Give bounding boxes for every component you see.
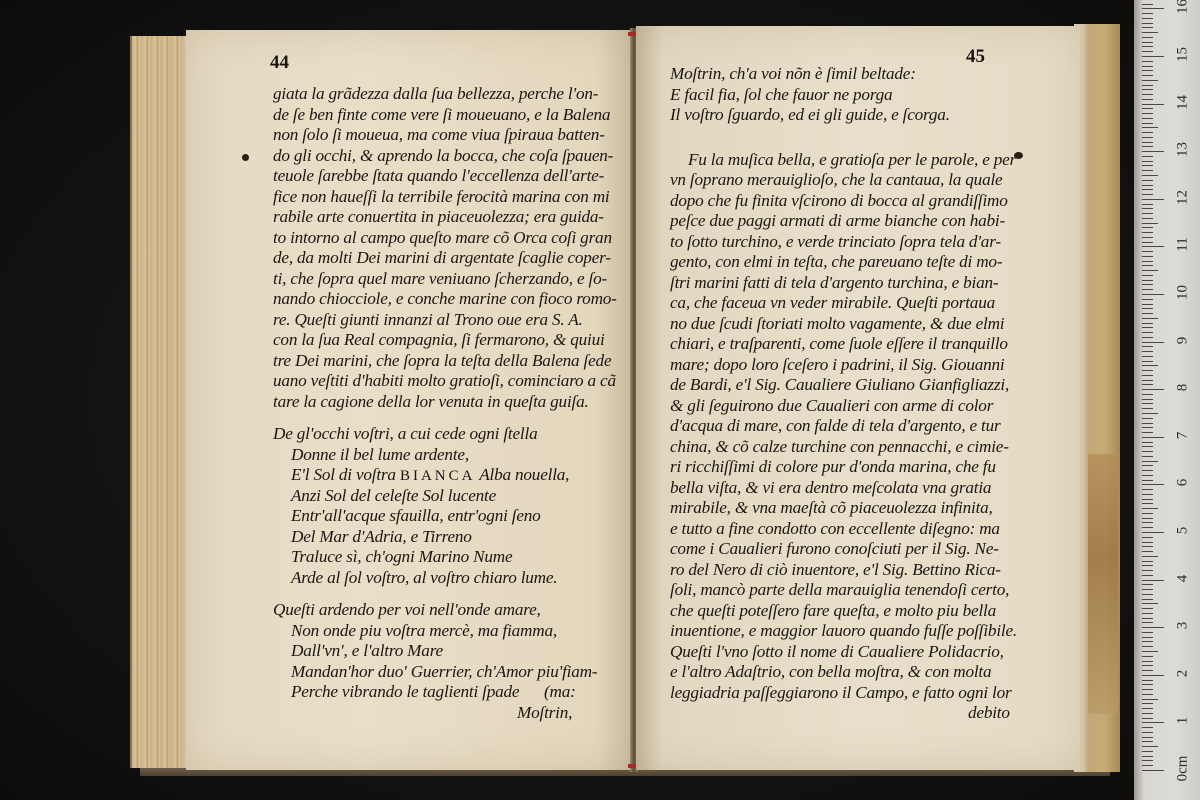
ruler-tick <box>1142 351 1153 352</box>
ruler-tick <box>1142 318 1158 319</box>
ruler-tick <box>1142 365 1158 366</box>
ruler-tick <box>1142 337 1153 338</box>
ruler-tick <box>1142 389 1164 390</box>
ruler-tick <box>1142 708 1153 709</box>
ruler-tick <box>1142 208 1153 209</box>
ruler-number: 4 <box>1175 563 1192 593</box>
page-edge-stain <box>1088 454 1118 714</box>
ruler-tick <box>1142 741 1153 742</box>
ruler-ticks <box>1142 0 1172 800</box>
ruler-tick <box>1142 227 1153 228</box>
prose-line: giata la grãdezza dalla ſua bellezza, pe… <box>273 84 617 105</box>
prose-line: ſtri marini fatti di tela d'argento turc… <box>670 273 1017 294</box>
ruler-number: 12 <box>1175 182 1192 212</box>
verse-line: Del Mar d'Adria, e Tirreno <box>273 527 617 548</box>
ruler-tick <box>1142 146 1153 147</box>
ruler-tick <box>1142 451 1153 452</box>
prose-line: de, da molti Dei marini di argentate ſca… <box>273 248 617 269</box>
prose-line: tre Dei marini, che ſopra la teſta della… <box>273 351 617 372</box>
ruler-tick <box>1142 713 1153 714</box>
ruler-tick <box>1142 46 1153 47</box>
ruler-tick <box>1142 665 1153 666</box>
prose-line: china, & cõ calze turchine con pennacchi… <box>670 437 1017 458</box>
ruler-tick <box>1142 304 1153 305</box>
ruler-tick <box>1142 185 1153 186</box>
prose-line: teuole ſarebbe ſtata quando l'eccellenza… <box>273 166 617 187</box>
ruler-tick <box>1142 760 1153 761</box>
verse-line: Traluce sì, ch'ogni Marino Nume <box>273 547 617 568</box>
ruler-tick <box>1142 261 1153 262</box>
ruler-tick <box>1142 108 1153 109</box>
ruler-tick <box>1142 284 1153 285</box>
ruler-tick <box>1142 546 1153 547</box>
ruler-tick <box>1142 589 1153 590</box>
prose-line: mare; dopo loro ſceſero i padrini, il Si… <box>670 355 1017 376</box>
ink-mark-icon <box>1014 152 1023 159</box>
ruler-tick <box>1142 23 1153 24</box>
left-page: 44 giata la grãdezza dalla ſua bellezza,… <box>186 30 632 770</box>
ruler-tick <box>1142 113 1153 114</box>
ruler-tick <box>1142 242 1153 243</box>
ruler-tick <box>1142 622 1153 623</box>
ruler-tick <box>1142 256 1153 257</box>
ruler-tick <box>1142 61 1153 62</box>
ruler-tick <box>1142 537 1153 538</box>
ruler-tick <box>1142 327 1153 328</box>
verse-line: De gl'occhi voſtri, a cui cede ogni ſtel… <box>273 424 617 445</box>
ruler-tick <box>1142 513 1153 514</box>
prose-line: ca, che faceua vn veder mirabile. Queſti… <box>670 293 1017 314</box>
ruler-tick <box>1142 603 1158 604</box>
ruler-tick <box>1142 275 1153 276</box>
ruler-number: 9 <box>1175 325 1192 355</box>
ruler-tick <box>1142 194 1153 195</box>
ruler-tick <box>1142 142 1153 143</box>
ruler-number: 6 <box>1175 468 1192 498</box>
prose-line: de ſe ben finte come vere ſi moueuano, e… <box>273 105 617 126</box>
ruler-tick <box>1142 132 1153 133</box>
ruler-tick <box>1142 137 1153 138</box>
ruler-tick <box>1142 94 1153 95</box>
ruler-tick <box>1142 323 1153 324</box>
ruler-tick <box>1142 37 1153 38</box>
ruler-tick <box>1142 70 1153 71</box>
prose-line: ro del Nero di ciò inuentore, e'l Sig. B… <box>670 560 1017 581</box>
ruler-tick <box>1142 770 1164 771</box>
ruler-tick <box>1142 470 1153 471</box>
ruler-number: 7 <box>1175 420 1192 450</box>
prose-line: leggiadria paſſeggiarono il Campo, e fat… <box>670 683 1017 704</box>
prose-line: peſce due paggi armati di arme bianche c… <box>670 211 1017 232</box>
ruler-tick <box>1142 189 1153 190</box>
verse-line: Non onde piu voſtra mercè, ma fiamma, <box>273 621 617 642</box>
ruler-tick <box>1142 684 1153 685</box>
ruler-tick <box>1142 675 1164 676</box>
ruler-tick <box>1142 746 1158 747</box>
prose-line: Fu la muſica bella, e gratioſa per le pa… <box>670 150 1017 171</box>
prose-line: non ſolo ſi moueua, ma come viua ſpiraua… <box>273 125 617 146</box>
ruler-tick <box>1142 618 1153 619</box>
ruler-tick <box>1142 313 1153 314</box>
ruler-tick <box>1142 399 1153 400</box>
ruler-tick <box>1142 680 1153 681</box>
ruler-tick <box>1142 503 1153 504</box>
ruler-tick <box>1142 527 1153 528</box>
ruler-tick <box>1142 85 1153 86</box>
ruler-tick <box>1142 580 1164 581</box>
page-number-left: 44 <box>270 52 289 74</box>
verse-line: E'l Sol di voſtra BIANCA Alba nouella, <box>273 465 617 486</box>
ruler-tick <box>1142 361 1153 362</box>
verse-fragment: E'l Sol di voſtra <box>291 465 396 484</box>
ruler-tick <box>1142 403 1153 404</box>
verse-fragment: Perche vibrando le taglienti ſpade <box>291 682 519 701</box>
ruler-tick <box>1142 237 1153 238</box>
ruler-tick <box>1142 727 1153 728</box>
ruler-tick <box>1142 737 1153 738</box>
ruler-tick <box>1142 180 1153 181</box>
prose-line: chiari, e traſparenti, come ſuole eſſere… <box>670 334 1017 355</box>
ruler-tick <box>1142 32 1158 33</box>
ruler-tick <box>1142 627 1164 628</box>
ruler-tick <box>1142 489 1153 490</box>
ruler-number: 8 <box>1175 373 1192 403</box>
ruler-tick <box>1142 722 1164 723</box>
ruler-tick <box>1142 51 1153 52</box>
ruler-tick <box>1142 342 1164 343</box>
ruler-tick <box>1142 413 1158 414</box>
verse-line: Il voſtro ſguardo, ed ei gli guide, e ſc… <box>670 105 1017 126</box>
ruler-tick <box>1142 384 1153 385</box>
ruler-tick <box>1142 565 1153 566</box>
verse-line: Dall'vn', e l'altro Mare <box>273 641 617 662</box>
verse-fragment: Alba nouella, <box>479 465 569 484</box>
ruler-tick <box>1142 594 1153 595</box>
prose-line: con la ſua Real compagnia, ſi fermarono,… <box>273 330 617 351</box>
prose-line: ſoli, mancò parte della marauiglia tenen… <box>670 580 1017 601</box>
ruler-tick <box>1142 494 1153 495</box>
ruler-number: 16 <box>1175 0 1192 22</box>
ruler-tick <box>1142 165 1153 166</box>
ink-mark-icon <box>242 154 249 161</box>
ruler-tick <box>1142 332 1153 333</box>
verse-line: Entr'all'acque sfauilla, entr'ogni ſeno <box>273 506 617 527</box>
prose-line: vn ſoprano merauiglioſo, che la cantaua,… <box>670 170 1017 191</box>
ruler-tick <box>1142 89 1153 90</box>
catchword-left: Moſtrin, <box>273 703 617 724</box>
ruler-tick <box>1142 637 1153 638</box>
ruler-number: 11 <box>1175 230 1192 260</box>
ruler-tick <box>1142 732 1153 733</box>
ruler-tick <box>1142 542 1153 543</box>
ruler-tick <box>1142 218 1153 219</box>
prose-line: no due ſcudi ſtoriati molto vagamente, &… <box>670 314 1017 335</box>
ruler-tick <box>1142 522 1153 523</box>
ruler-tick <box>1142 118 1153 119</box>
ruler-tick <box>1142 265 1153 266</box>
ruler-number: 5 <box>1175 516 1192 546</box>
ruler-tick <box>1142 294 1164 295</box>
ruler-tick <box>1142 375 1153 376</box>
ruler-tick <box>1142 204 1153 205</box>
ruler-tick <box>1142 584 1153 585</box>
ruler-tick <box>1142 270 1158 271</box>
ruler-tick <box>1142 646 1153 647</box>
ruler-tick <box>1142 251 1153 252</box>
ruler-tick <box>1142 756 1153 757</box>
ruler-tick <box>1142 223 1158 224</box>
ruler-tick <box>1142 232 1153 233</box>
ruler-number: 3 <box>1175 611 1192 641</box>
ruler-tick <box>1142 432 1153 433</box>
prose-line: bella viſta, & vi era dentro meſcolata v… <box>670 478 1017 499</box>
ruler-tick <box>1142 699 1158 700</box>
ruler-tick <box>1142 694 1153 695</box>
prose-line: dopo che fu finita vſcirono di bocca al … <box>670 191 1017 212</box>
ruler-tick <box>1142 408 1153 409</box>
ruler-tick <box>1142 56 1164 57</box>
name-bianca: BIANCA <box>400 468 476 484</box>
ruler-tick <box>1142 475 1153 476</box>
ruler-tick <box>1142 427 1153 428</box>
ruler-tick <box>1142 170 1153 171</box>
ruler-tick <box>1142 27 1153 28</box>
ruler-tick <box>1142 575 1153 576</box>
ruler-number: 13 <box>1175 135 1192 165</box>
ruler-tick <box>1142 175 1158 176</box>
ruler-tick <box>1142 127 1158 128</box>
ruler-tick <box>1142 246 1164 247</box>
left-page-text: giata la grãdezza dalla ſua bellezza, pe… <box>273 84 617 723</box>
ruler-tick <box>1142 99 1153 100</box>
ruler-tick <box>1142 346 1153 347</box>
ruler-tick <box>1142 289 1153 290</box>
prose-line: to ſotto turchino, e verde trinciato ſop… <box>670 232 1017 253</box>
ruler-tick <box>1142 551 1153 552</box>
ruler-tick <box>1142 80 1158 81</box>
verse-line: E facil fia, ſol che fauor ne porga <box>670 85 1017 106</box>
catchword-right: debito <box>670 703 1017 724</box>
ruler-number: 15 <box>1175 40 1192 70</box>
verse-line: Donne il bel lume ardente, <box>273 445 617 466</box>
right-page-text: Moſtrin, ch'a voi nõn è ſimil beltade: E… <box>670 64 1017 724</box>
ruler-tick <box>1142 446 1153 447</box>
prose-line: tare la cagione della lor venuta in queſ… <box>273 392 617 413</box>
ruler-tick <box>1142 42 1153 43</box>
verse-line: Anzi Sol del celeſte Sol lucente <box>273 486 617 507</box>
scale-ruler: 0cm12345678910111213141516 <box>1134 0 1200 800</box>
ruler-tick <box>1142 151 1164 152</box>
ruler-tick <box>1142 518 1153 519</box>
ruler-tick <box>1142 13 1153 14</box>
ruler-tick <box>1142 499 1153 500</box>
ruler-tick <box>1142 161 1153 162</box>
ruler-tick <box>1142 461 1158 462</box>
ruler-tick <box>1142 632 1153 633</box>
prose-line: ri ricchiſſimi di colore pur d'onda mari… <box>670 457 1017 478</box>
ruler-tick <box>1142 641 1153 642</box>
ruler-tick <box>1142 213 1153 214</box>
ruler-number: 10 <box>1175 278 1192 308</box>
ruler-tick <box>1142 380 1153 381</box>
ruler-tick <box>1142 308 1153 309</box>
verse-line: Arde al ſol voſtro, al voſtro chiaro lum… <box>273 568 617 589</box>
prose-line: e tutto a fine condotto con eccellente d… <box>670 519 1017 540</box>
prose-line: ti, che ſopra quel mare veniuano ſcherza… <box>273 269 617 290</box>
prose-line: gento, con elmi in teſta, che pareuano t… <box>670 252 1017 273</box>
ruler-tick <box>1142 8 1164 9</box>
ruler-tick <box>1142 370 1153 371</box>
verse-line: Queſti ardendo per voi nell'onde amare, <box>273 600 617 621</box>
ruler-tick <box>1142 456 1153 457</box>
prose-line: che queſti poteſſero fare queſta, e molt… <box>670 601 1017 622</box>
ruler-tick <box>1142 480 1153 481</box>
prose-line: d'acqua di mare, con falde di tela d'arg… <box>670 416 1017 437</box>
ruler-tick <box>1142 656 1153 657</box>
prose-line: rabile arte conuertita in piaceuolezza; … <box>273 207 617 228</box>
open-book: 44 giata la grãdezza dalla ſua bellezza,… <box>130 22 1120 782</box>
turnover-fragment: (ma: <box>544 682 576 701</box>
verse-line: Perche vibrando le taglienti ſpade (ma: <box>273 682 617 703</box>
ruler-tick <box>1142 356 1153 357</box>
ruler-tick <box>1142 66 1153 67</box>
ruler-tick <box>1142 280 1153 281</box>
ruler-tick <box>1142 508 1158 509</box>
prose-line: Queſti l'vno ſotto il nome di Caualiere … <box>670 642 1017 663</box>
prose-line: & gli ſeguirono due Caualieri con arme d… <box>670 396 1017 417</box>
ruler-tick <box>1142 299 1153 300</box>
prose-line: nando chiocciole, e conche marine con fi… <box>273 289 617 310</box>
prose-line: do gli occhi, & aprendo la bocca, che co… <box>273 146 617 167</box>
ruler-tick <box>1142 570 1153 571</box>
ruler-tick <box>1142 608 1153 609</box>
ruler-tick <box>1142 670 1153 671</box>
ruler-tick <box>1142 703 1153 704</box>
ruler-tick <box>1142 394 1153 395</box>
ruler-tick <box>1142 4 1153 5</box>
ruler-tick <box>1142 18 1153 19</box>
prose-line: uano veſtiti d'habiti molto gratioſi, co… <box>273 371 617 392</box>
ruler-tick <box>1142 418 1153 419</box>
ruler-tick <box>1142 156 1153 157</box>
prose-line: inuentione, e maggior lauoro quando fuſſ… <box>670 621 1017 642</box>
ruler-tick <box>1142 104 1164 105</box>
ruler-number: 2 <box>1175 658 1192 688</box>
ruler-tick <box>1142 465 1153 466</box>
ruler-number: 1 <box>1175 706 1192 736</box>
verse-line: Mandan'hor duo' Guerrier, ch'Amor piu'fi… <box>273 662 617 683</box>
right-page-edges <box>1074 24 1120 772</box>
ruler-tick <box>1142 651 1158 652</box>
ruler-tick <box>1142 561 1153 562</box>
ruler-number: 14 <box>1175 87 1192 117</box>
ruler-tick <box>1142 199 1164 200</box>
prose-line: mirabile, & vna maeſtà cõ piaceuolezza i… <box>670 498 1017 519</box>
ruler-tick <box>1142 751 1153 752</box>
ruler-tick <box>1142 437 1164 438</box>
ruler-tick <box>1142 123 1153 124</box>
prose-line: come i Caualieri furono conoſciuti per i… <box>670 539 1017 560</box>
ruler-number: 0cm <box>1175 754 1192 784</box>
prose-line: e l'altro Adaſtrio, con bella moſtra, & … <box>670 662 1017 683</box>
ruler-tick <box>1142 75 1153 76</box>
ruler-tick <box>1142 532 1164 533</box>
ruler-tick <box>1142 423 1153 424</box>
verse-line: Moſtrin, ch'a voi nõn è ſimil beltade: <box>670 64 1017 85</box>
prose-line: de Bardi, e'l Sig. Caualiere Giuliano Gi… <box>670 375 1017 396</box>
prose-line: re. Queſti giunti innanzi al Trono oue e… <box>273 310 617 331</box>
ruler-tick <box>1142 484 1164 485</box>
ruler-tick <box>1142 718 1153 719</box>
ruler-tick <box>1142 689 1153 690</box>
ruler-tick <box>1142 661 1153 662</box>
ruler-tick <box>1142 556 1158 557</box>
right-page: 45 Moſtrin, ch'a voi nõn è ſimil beltade… <box>636 26 1080 770</box>
ruler-tick <box>1142 599 1153 600</box>
ruler-tick <box>1142 442 1153 443</box>
ruler-tick <box>1142 765 1153 766</box>
ruler-tick <box>1142 613 1153 614</box>
prose-line: fice non haueſſi la terribile ferocità m… <box>273 187 617 208</box>
prose-line: to intorno al campo queſto mare cõ Orca … <box>273 228 617 249</box>
